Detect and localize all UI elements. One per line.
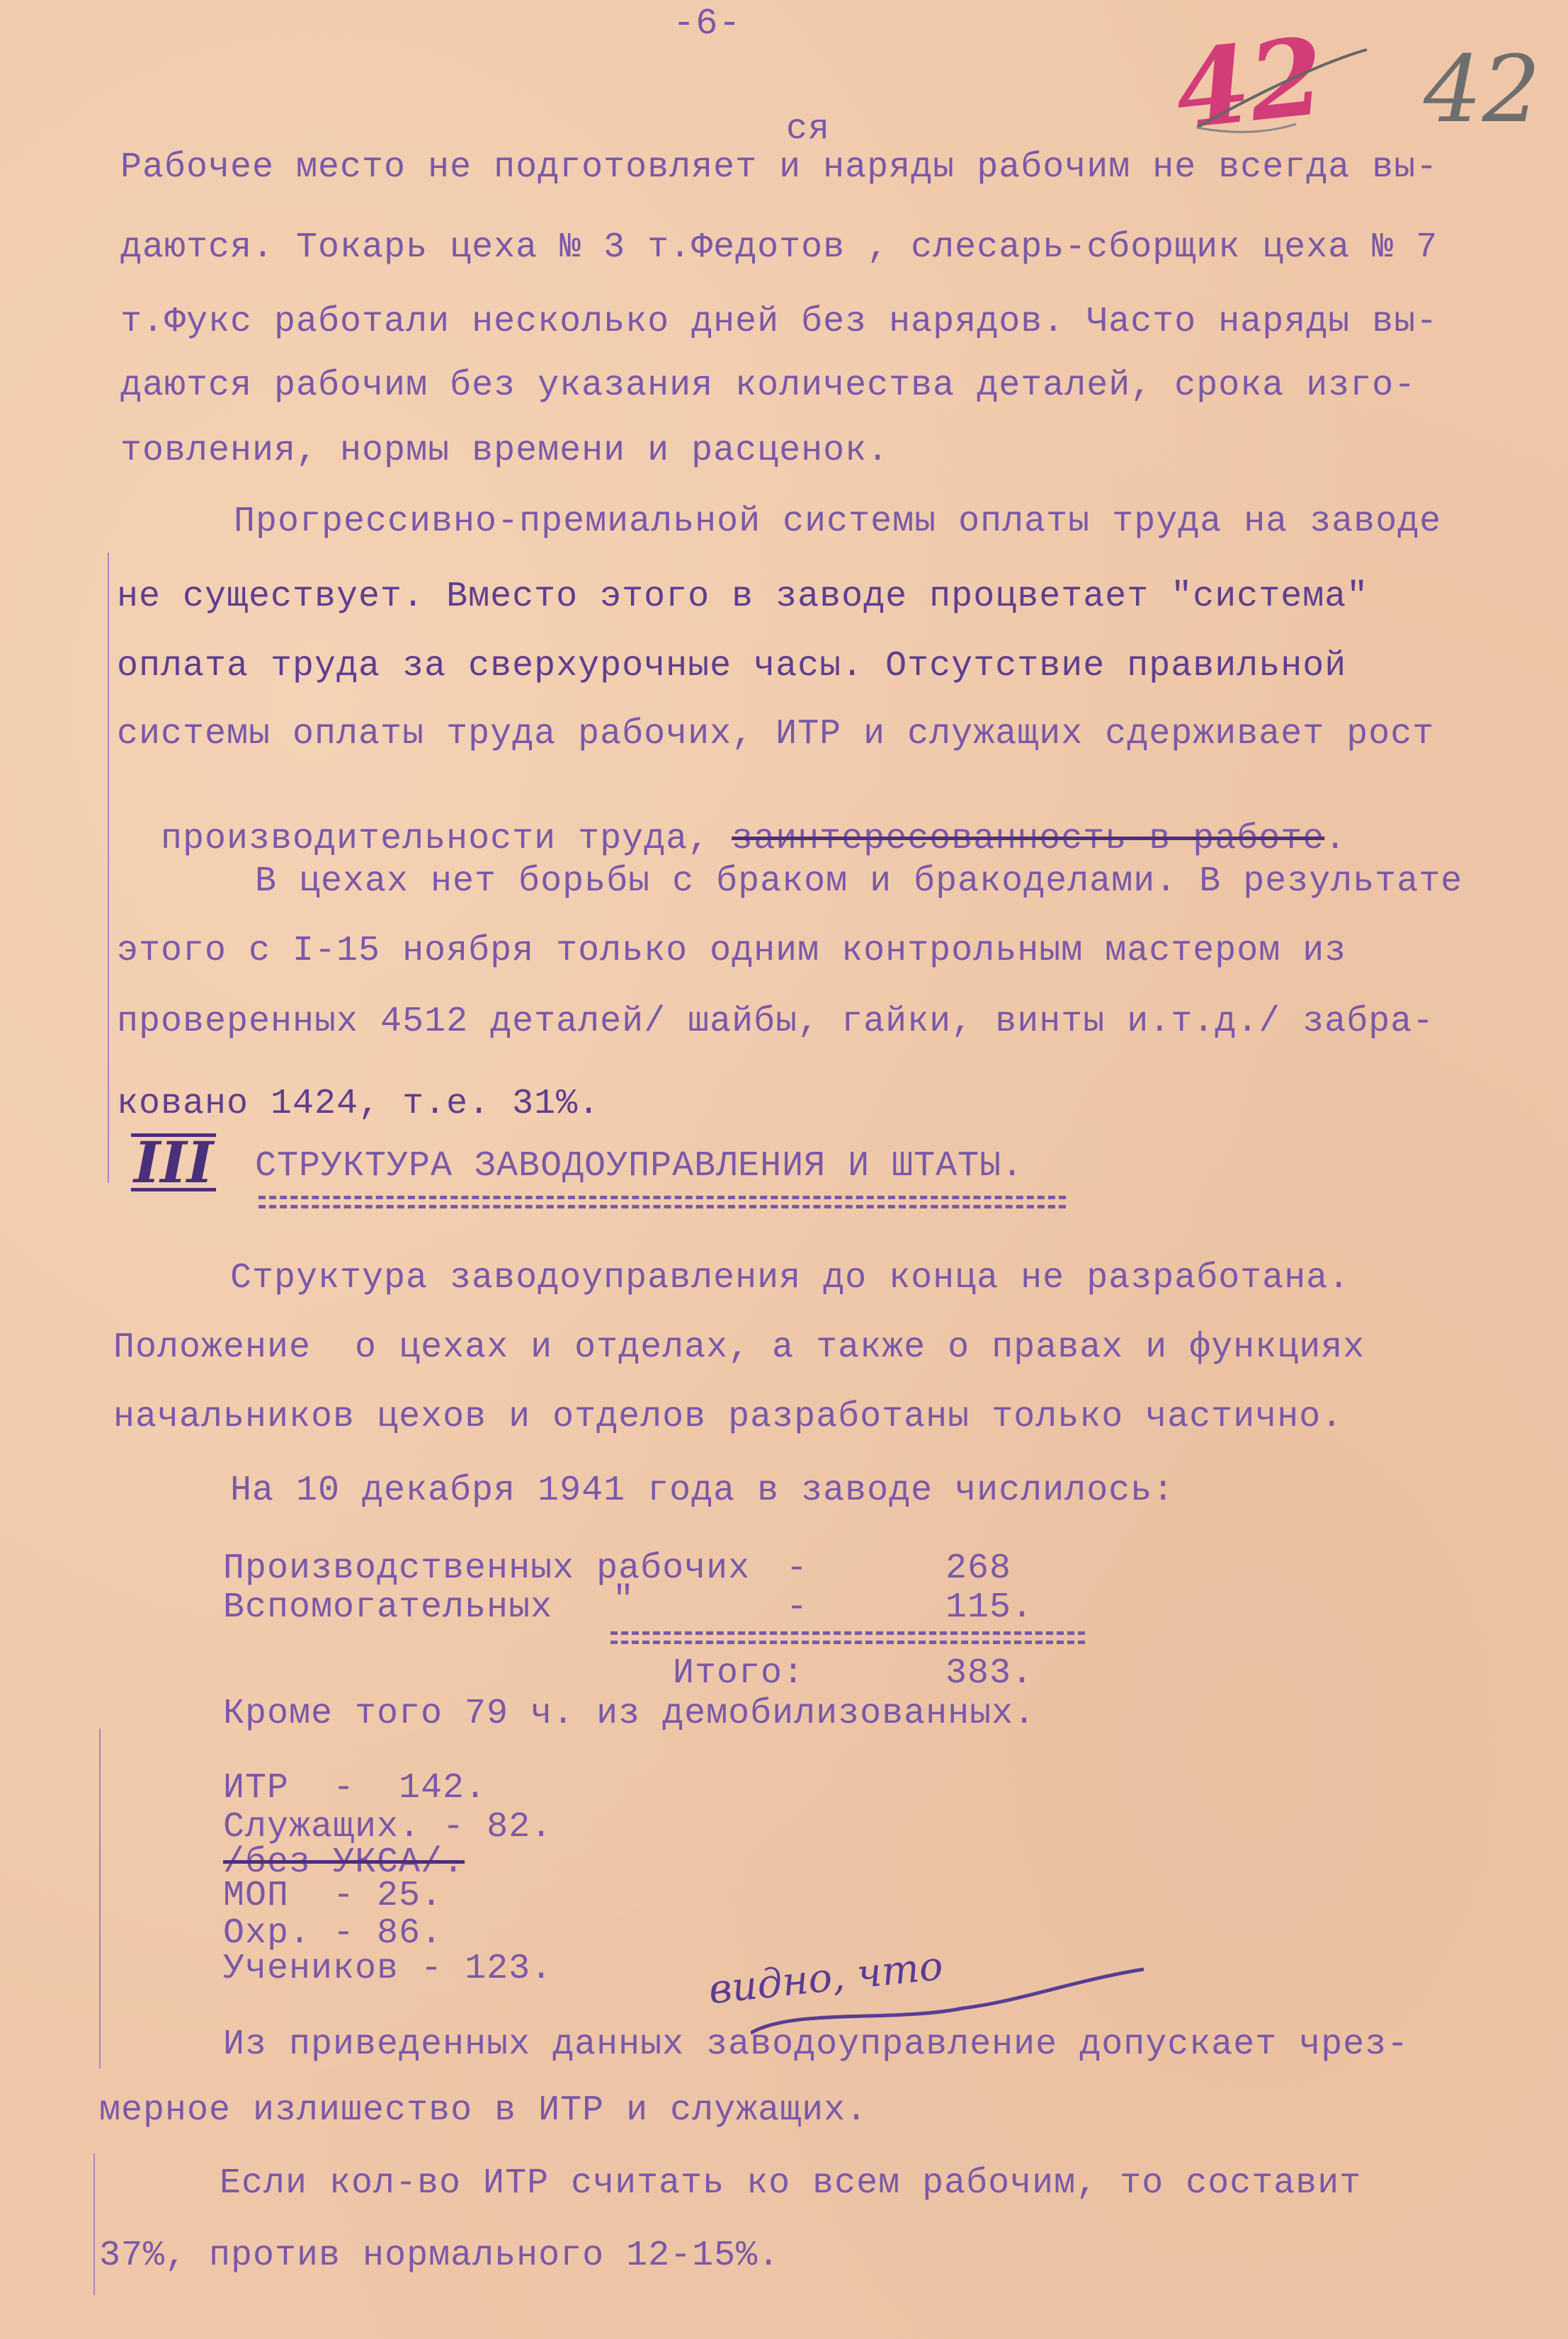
p4-line-1: Структура заводоуправления до конца не р… [230, 1261, 1350, 1296]
p2-line-1: Прогрессивно-премиальной системы оплаты … [234, 504, 1441, 540]
double-underline [259, 1196, 1066, 1208]
workers-row-2-label: Вспомогательных [223, 1590, 552, 1626]
margin-line [99, 1728, 101, 2068]
workers-row-1-dash: - [786, 1551, 808, 1587]
workers-row-1-label: Производственных рабочих [223, 1551, 750, 1587]
section-title: СТРУКТУРА ЗАВОДОУПРАВЛЕНИЯ И ШТАТЫ. [255, 1149, 1023, 1184]
p2-line-5: производительности труда, заинтересованн… [117, 786, 1346, 857]
staff-itr: ИТР - 142. [223, 1771, 487, 1806]
p5-line-2: мерное излишество в ИТР и служащих. [99, 2093, 868, 2129]
p3-line-4: ковано 1424, т.е. 31%. [117, 1087, 600, 1122]
workers-row-2-value: 115. [945, 1590, 1033, 1626]
staff-apprentices: Учеников - 123. [223, 1952, 552, 1987]
p2-line-5-text: производительности труда, [161, 819, 732, 859]
p3-line-2: этого с I-15 ноября только одним контрол… [117, 934, 1346, 969]
p6-line-2: 37%, против нормального 12-15%. [99, 2238, 780, 2274]
p6-line-1: Если кол-во ИТР считать ко всем рабочим,… [220, 2166, 1361, 2202]
p2-end: . [1324, 819, 1346, 859]
workers-row-1-value: 268 [945, 1551, 1011, 1587]
p3-line-3: проверенных 4512 деталей/ шайбы, гайки, … [117, 1004, 1434, 1040]
archive-folio-pencil: 42 [1424, 35, 1540, 143]
staff-intro: На 10 декабря 1941 года в заводе числило… [230, 1473, 1174, 1509]
section-roman-numeral: III [131, 1133, 216, 1191]
p2-line-3: оплата труда за сверхурочные часы. Отсут… [117, 649, 1346, 684]
staff-employees: Служащих. - 82. [223, 1810, 552, 1845]
p5-line-1: Из приведенных данных заводоуправление д… [223, 2027, 1409, 2063]
p4-line-2: Положение о цехах и отделах, а также о п… [113, 1330, 1365, 1366]
demobilized-note: Кроме того 79 ч. из демобилизованных. [223, 1697, 1035, 1732]
p1-line-4: даются рабочим без указания количества д… [120, 368, 1416, 404]
total-value: 383. [945, 1656, 1033, 1692]
margin-line [108, 553, 109, 1183]
p1-line-5: товления, нормы времени и расценок. [120, 434, 889, 469]
staff-mop: МОП - 25. [223, 1879, 443, 1914]
p2-line-2: не существует. Вместо этого в заводе про… [117, 579, 1368, 615]
p1-line-3: т.Фукс работали несколько дней без наряд… [120, 305, 1438, 340]
p1-line-1: Рабочее место не подготовляет и наряды р… [120, 150, 1438, 186]
margin-line [93, 2153, 95, 2295]
total-double-underline [610, 1631, 1085, 1644]
inserted-syllable: ся [786, 112, 830, 147]
pencil-strike-icon [1190, 43, 1374, 135]
total-label: Итого: [673, 1656, 805, 1692]
ditto-mark: " [613, 1583, 635, 1619]
struck-text: заинтересованность в работе [732, 819, 1324, 859]
p4-line-3: начальников цехов и отделов разработаны … [113, 1400, 1343, 1435]
page-number: -6- [673, 6, 742, 43]
p3-line-1: В цехах нет борьбы с браком и бракоделам… [255, 864, 1462, 900]
p1-line-2: даются. Токарь цеха № 3 т.Федотов , слес… [120, 230, 1438, 266]
staff-guards: Охр. - 86. [223, 1916, 443, 1952]
workers-row-2-dash: - [786, 1590, 808, 1626]
p2-line-4: системы оплаты труда рабочих, ИТР и служ… [117, 717, 1434, 752]
